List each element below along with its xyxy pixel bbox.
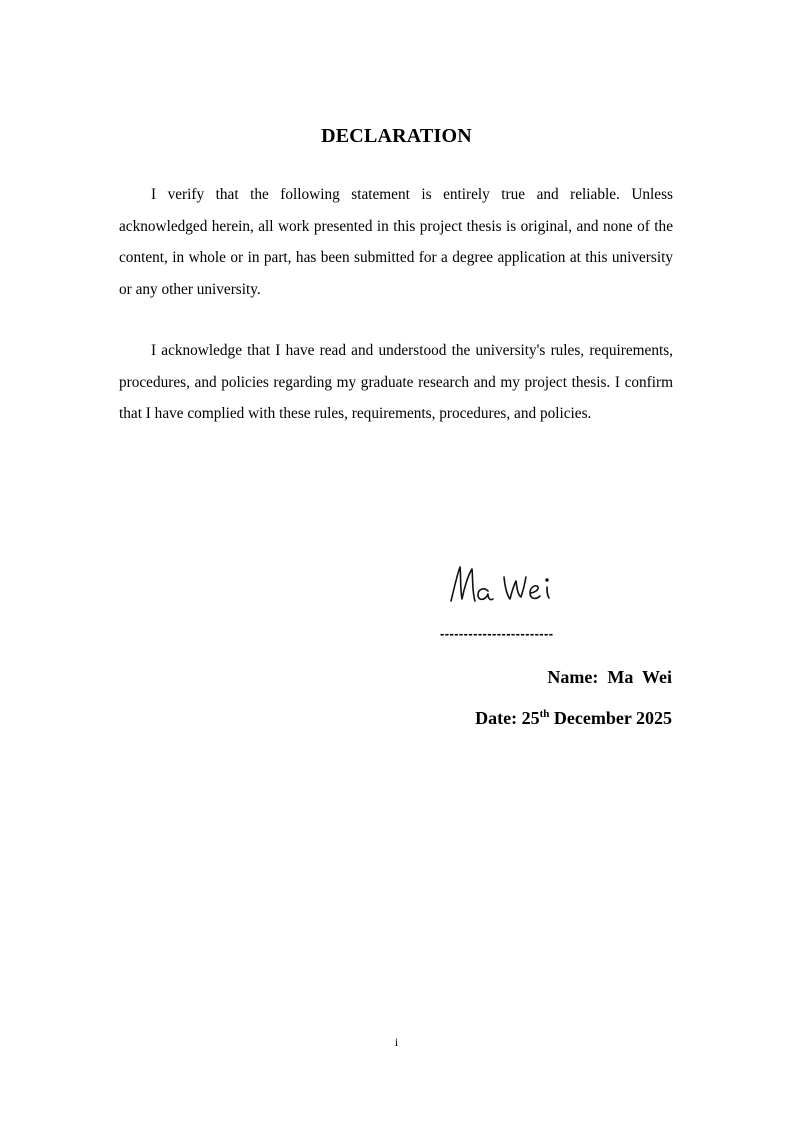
date-day: 25 xyxy=(522,708,540,728)
declaration-paragraph-2: I acknowledge that I have read and under… xyxy=(119,335,673,430)
date-label: Date: xyxy=(475,708,517,728)
signing-date: Date: 25th December 2025 xyxy=(475,708,672,729)
paragraph-text: I verify that the following statement is… xyxy=(119,186,673,298)
handwritten-signature xyxy=(448,561,568,607)
page-title: DECLARATION xyxy=(0,125,793,148)
name-value: Ma Wei xyxy=(607,667,672,687)
date-month-year: December 2025 xyxy=(554,708,672,728)
signer-name: Name: Ma Wei xyxy=(547,667,672,688)
page-number: i xyxy=(0,1035,793,1050)
declaration-paragraph-1: I verify that the following statement is… xyxy=(119,179,673,305)
name-label: Name: xyxy=(547,667,598,687)
date-ordinal-suffix: th xyxy=(540,708,550,720)
signature-line: ------------------------ xyxy=(440,626,554,641)
paragraph-text: I acknowledge that I have read and under… xyxy=(119,342,673,422)
